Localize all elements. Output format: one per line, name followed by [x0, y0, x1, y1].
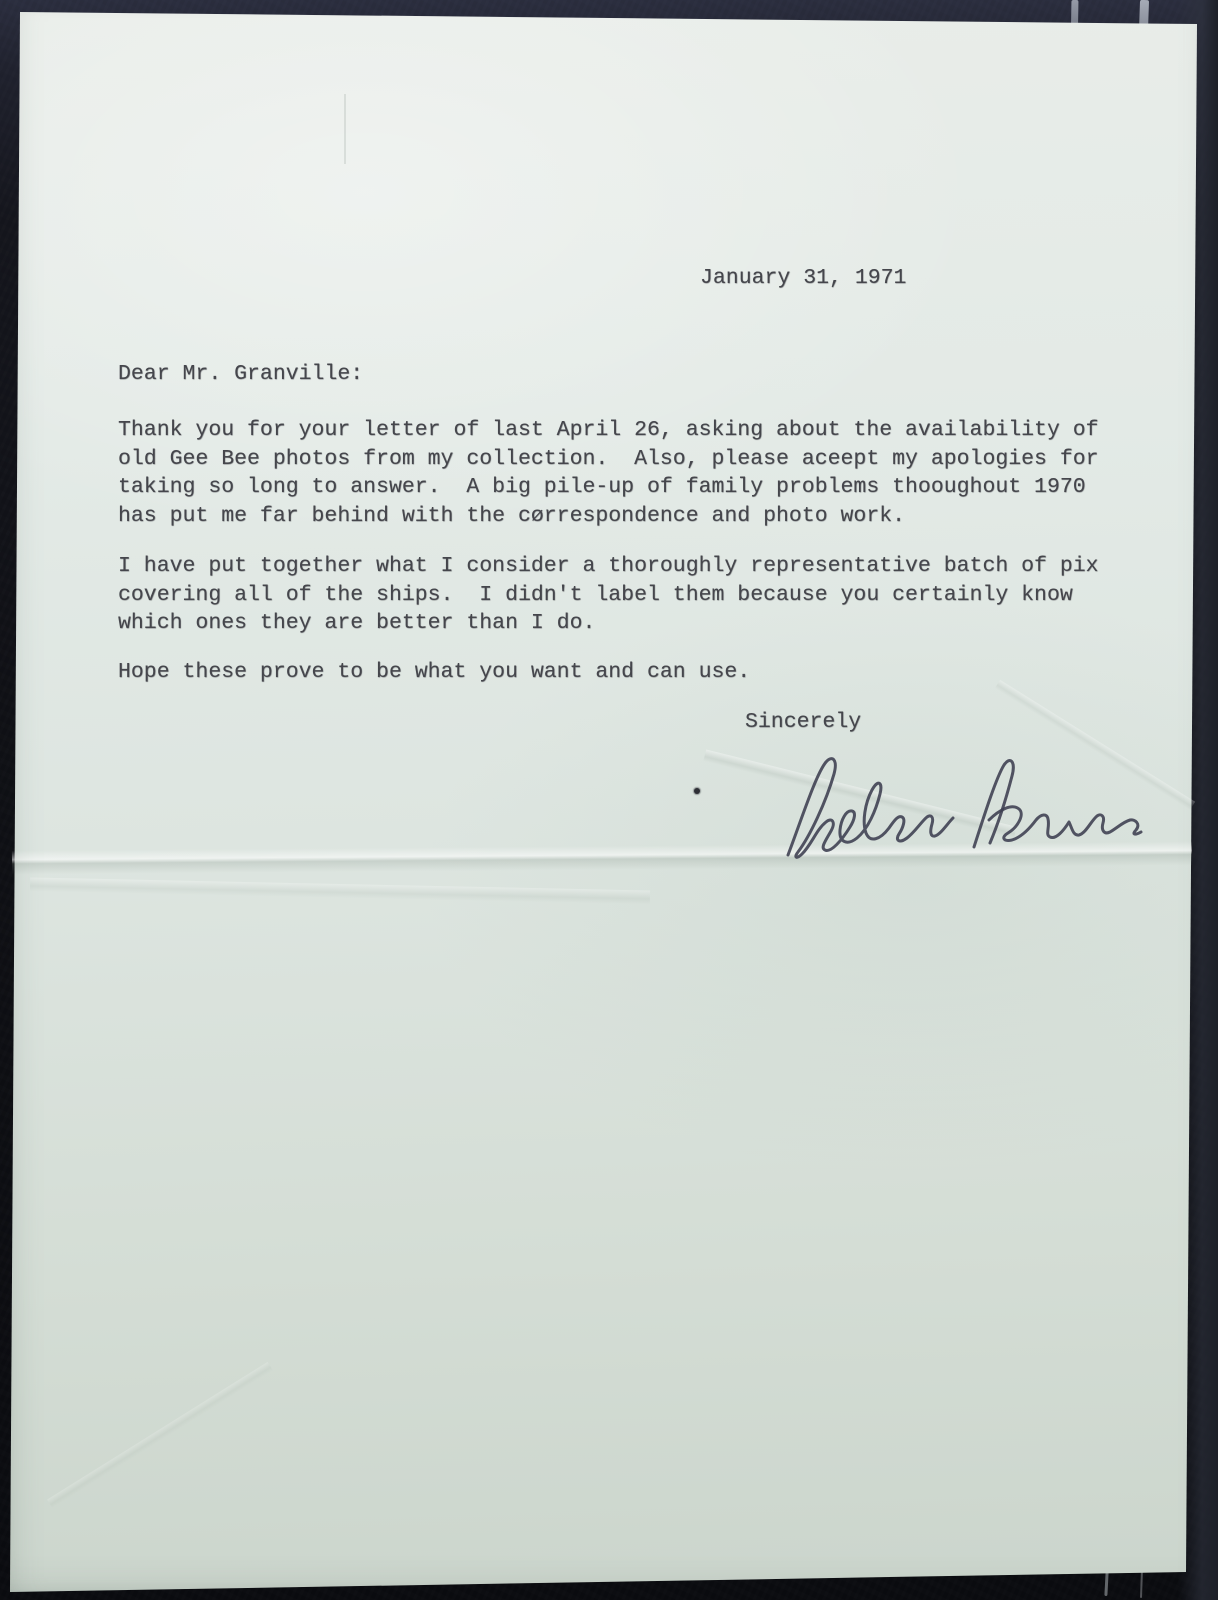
signature-ink [758, 752, 1150, 872]
letter-salutation: Dear Mr. Granville: [118, 360, 363, 389]
letter-line: has put me far behind with the cørrespon… [118, 502, 1099, 531]
letter-paragraph: Thank you for your letter of last April … [118, 416, 1099, 530]
signature [758, 752, 1150, 872]
photo-of-letter: January 31, 1971 Dear Mr. Granville: Tha… [0, 0, 1218, 1600]
letter-line: old Gee Bee photos from my collection. A… [118, 445, 1099, 474]
letter-line: Hope these prove to be what you want and… [118, 658, 750, 687]
letter-paragraph: I have put together what I consider a th… [118, 552, 1099, 638]
letter-line: I have put together what I consider a th… [118, 552, 1099, 581]
letter-line: taking so long to answer. A big pile-up … [118, 473, 1099, 502]
letter-paragraph: Hope these prove to be what you want and… [118, 658, 750, 687]
letter-line: which ones they are better than I do. [118, 609, 1099, 638]
letter-closing: Sincerely [745, 708, 861, 737]
letter-line: Thank you for your letter of last April … [118, 416, 1099, 445]
letter-line: covering all of the ships. I didn't labe… [118, 581, 1099, 610]
letter-date: January 31, 1971 [700, 264, 906, 293]
stray-ink-dot [694, 788, 700, 794]
